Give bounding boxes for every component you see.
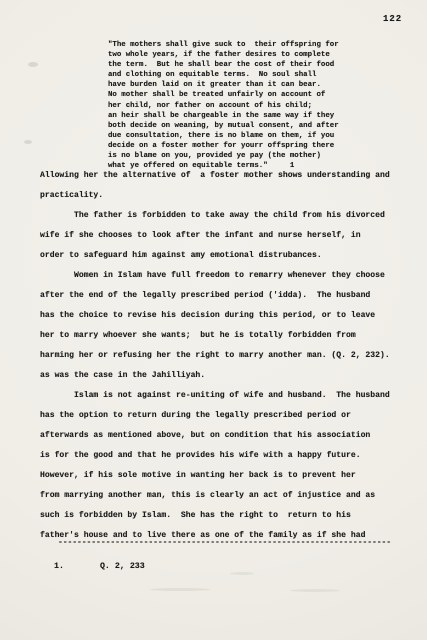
text-line: Women in Islam have full freedom to rema…: [40, 266, 390, 286]
text-line: The father is forbidden to take away the…: [40, 206, 390, 226]
text-line: is no blame on you, provided ye pay (the…: [108, 151, 339, 161]
text-line: "The mothers shall give suck to their of…: [108, 40, 339, 50]
text-line: her to marry whoever she wants; but he i…: [40, 326, 390, 346]
quote-block: "The mothers shall give suck to their of…: [108, 40, 339, 171]
text-line: from marrying another man, this is clear…: [40, 486, 390, 506]
text-line: her child, nor father on account of his …: [108, 101, 339, 111]
footnote-marker: 1.: [54, 562, 64, 571]
text-line: as was the case in the Jahilliyah.: [40, 366, 390, 386]
text-line: However, if his sole motive in wanting h…: [40, 466, 390, 486]
text-line: practicality.: [40, 186, 390, 206]
text-line: have burden laid on it greater than it c…: [108, 80, 339, 90]
text-line: Islam is not against re-uniting of wife …: [40, 386, 390, 406]
body-text: Allowing her the alternative of a foster…: [40, 166, 390, 546]
text-line: and clothing on equitable terms. No soul…: [108, 70, 339, 80]
scan-smudge: [290, 589, 340, 592]
text-line: due consultation, there is no blame on t…: [108, 131, 339, 141]
text-line: wife if she chooses to look after the in…: [40, 226, 390, 246]
footnote: 1. Q. 2, 233: [54, 562, 145, 571]
text-line: is for the good and that he provides his…: [40, 446, 390, 466]
footnote-separator: ----------------------------------------…: [58, 538, 391, 547]
scan-smudge: [24, 140, 32, 144]
text-line: harming her or refusing her the right to…: [40, 346, 390, 366]
text-line: has the choice to revise his decision du…: [40, 306, 390, 326]
scan-smudge: [28, 62, 38, 67]
text-line: such is forbidden by Islam. She has the …: [40, 506, 390, 526]
scan-smudge: [230, 572, 254, 575]
text-line: after the end of the legally prescribed …: [40, 286, 390, 306]
text-line: both decide on weaning, by mutual consen…: [108, 121, 339, 131]
text-line: an heir shall be chargeable in the same …: [108, 111, 339, 121]
text-line: decide on a foster mother for yourr offs…: [108, 141, 339, 151]
scan-smudge: [150, 588, 210, 591]
text-line: order to safeguard him against amy emoti…: [40, 246, 390, 266]
page-number: 122: [383, 14, 402, 24]
text-line: two whole years, if the father desires t…: [108, 50, 339, 60]
text-line: No mother shall be treated unfairly on a…: [108, 90, 339, 100]
text-line: has the option to return during the lega…: [40, 406, 390, 426]
text-line: Allowing her the alternative of a foster…: [40, 166, 390, 186]
footnote-text: Q. 2, 233: [100, 562, 145, 571]
document-page: 122 "The mothers shall give suck to thei…: [0, 0, 427, 640]
text-line: afterwards as mentioned above, but on co…: [40, 426, 390, 446]
text-line: the term. But he shall bear the cost of …: [108, 60, 339, 70]
